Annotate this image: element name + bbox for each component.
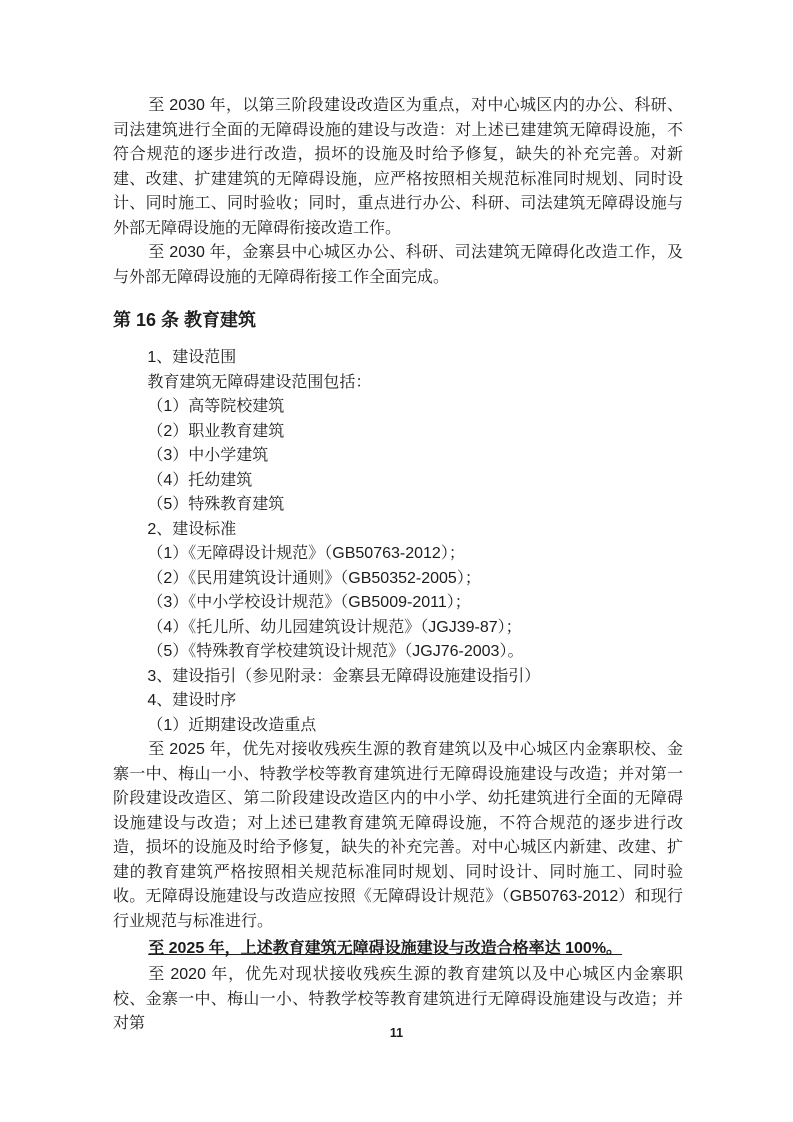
clause-list: 1、建设范围 教育建筑无障碍建设范围包括： （1）高等院校建筑 （2）职业教育建…: [113, 346, 683, 738]
clause-line: （2）《民用建筑设计通则》（GB50352-2005）；: [113, 567, 683, 592]
paragraph-2025-plan: 至 2025 年，优先对接收残疾生源的教育建筑以及中心城区内金寨职校、金寨一中、…: [113, 738, 683, 934]
page-content: 至 2030 年，以第三阶段建设改造区为重点，对中心城区内的办公、科研、司法建筑…: [113, 94, 683, 1037]
clause-line: （5）特殊教育建筑: [113, 493, 683, 518]
paragraph-2030-phase3: 至 2030 年，以第三阶段建设改造区为重点，对中心城区内的办公、科研、司法建筑…: [113, 94, 683, 241]
clause-line: （5）《特殊教育学校建筑设计规范》（JGJ76-2003）。: [113, 640, 683, 665]
page-number: 11: [0, 1026, 793, 1040]
highlighted-target-sentence: 至 2025 年，上述教育建筑无障碍设施建设与改造合格率达 100%。: [113, 936, 683, 961]
paragraph-2030-completion: 至 2030 年，金寨县中心城区办公、科研、司法建筑无障碍化改造工作，及与外部无…: [113, 241, 683, 290]
clause-line: （4）《托儿所、幼儿园建筑设计规范》（JGJ39-87）；: [113, 616, 683, 641]
section-heading-article-16: 第 16 条 教育建筑: [113, 307, 683, 333]
clause-line: （1）高等院校建筑: [113, 395, 683, 420]
clause-line: 4、建设时序: [113, 689, 683, 714]
clause-line: （1）近期建设改造重点: [113, 714, 683, 739]
clause-line: 教育建筑无障碍建设范围包括：: [113, 371, 683, 396]
clause-line: 3、建设指引（参见附录：金寨县无障碍设施建设指引）: [113, 665, 683, 690]
clause-line: （1）《无障碍设计规范》（GB50763-2012）；: [113, 542, 683, 567]
clause-line: 2、建设标准: [113, 518, 683, 543]
clause-line: （2）职业教育建筑: [113, 420, 683, 445]
clause-line: （3）《中小学校设计规范》（GB5009-2011）；: [113, 591, 683, 616]
clause-line: （3）中小学建筑: [113, 444, 683, 469]
clause-line: （4）托幼建筑: [113, 469, 683, 494]
document-page: 至 2030 年，以第三阶段建设改造区为重点，对中心城区内的办公、科研、司法建筑…: [0, 0, 793, 1122]
clause-line: 1、建设范围: [113, 346, 683, 371]
